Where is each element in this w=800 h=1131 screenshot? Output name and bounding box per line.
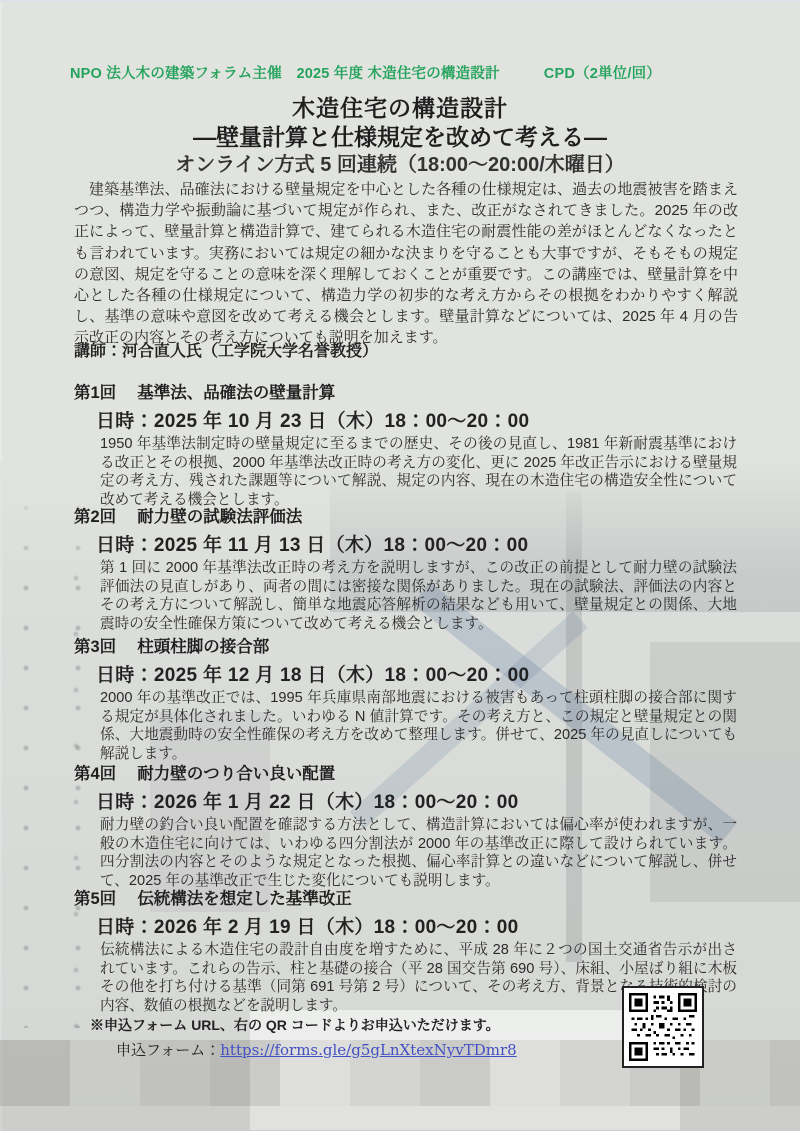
session-1-number: 第1回 bbox=[74, 384, 116, 402]
photo-floor-edge bbox=[0, 1106, 800, 1131]
session-2-description: 第 1 回に 2000 年基準法改正時の考え方を説明しますが、この改正の前提とし… bbox=[100, 559, 737, 633]
session-2-number: 第2回 bbox=[74, 508, 116, 526]
application-footer: ※申込フォーム URL、右の QR コードよりお申込いただけます。 申込フォーム… bbox=[90, 1015, 650, 1060]
session-4-description: 耐力壁の釣合い良い配置を確認する方法として、構造計算においては偏心率が使われます… bbox=[100, 816, 737, 890]
session-1-datetime: 日時：2025 年 10 月 23 日（木）18：00～20：00 bbox=[96, 406, 738, 433]
session-5-datetime: 日時：2026 年 2 月 19 日（木）18：00～20：00 bbox=[96, 912, 738, 939]
session-5-number: 第5回 bbox=[74, 890, 116, 908]
session-5-title: 伝統構法を想定した基準改正 bbox=[137, 890, 352, 908]
session-5-heading: 第5回 伝統構法を想定した基準改正 bbox=[74, 885, 738, 909]
application-form-line: 申込フォーム：https://forms.gle/g5gLnXtexNyvTDm… bbox=[116, 1039, 650, 1060]
lecturer-line: 講師：河合直人氏（工学院大学名誉教授） bbox=[74, 338, 378, 361]
flyer-page: NPO 法人木の建築フォラム主催 2025 年度 木造住宅の構造設計 CPD（2… bbox=[0, 0, 800, 1131]
session-2-heading: 第2回 耐力壁の試験法評価法 bbox=[74, 503, 738, 527]
session-4-heading: 第4回 耐力壁のつり合い良い配置 bbox=[74, 760, 738, 784]
session-2-title: 耐力壁の試験法評価法 bbox=[137, 508, 302, 526]
session-3-heading: 第3回 柱頭柱脚の接合部 bbox=[74, 633, 738, 657]
session-4-number: 第4回 bbox=[74, 765, 116, 783]
session-2-datetime: 日時：2025 年 11 月 13 日（木）18：00～20：00 bbox=[96, 530, 738, 557]
session-3-description: 2000 年の基準改正では、1995 年兵庫県南部地震における被害もあって柱頭柱… bbox=[100, 689, 737, 763]
session-4-datetime: 日時：2026 年 1 月 22 日（木）18：00～20：00 bbox=[96, 787, 738, 814]
application-note: ※申込フォーム URL、右の QR コードよりお申込いただけます。 bbox=[90, 1015, 650, 1035]
session-4-title: 耐力壁のつり合い良い配置 bbox=[137, 765, 335, 783]
session-3-number: 第3回 bbox=[74, 638, 116, 656]
session-1: 第1回 基準法、品確法の壁量計算 日時：2025 年 10 月 23 日（木）1… bbox=[74, 379, 738, 509]
session-3-datetime: 日時：2025 年 12 月 18 日（木）18：00～20：00 bbox=[96, 660, 738, 687]
intro-paragraph: 建築基準法、品確法における壁量規定を中心とした各種の仕様規定は、過去の地震被害を… bbox=[74, 179, 738, 349]
session-1-title: 基準法、品確法の壁量計算 bbox=[137, 384, 335, 402]
session-1-heading: 第1回 基準法、品確法の壁量計算 bbox=[74, 379, 738, 403]
session-3: 第3回 柱頭柱脚の接合部 日時：2025 年 12 月 18 日（木）18：00… bbox=[74, 633, 738, 763]
organizer-line: NPO 法人木の建築フォラム主催 2025 年度 木造住宅の構造設計 CPD（2… bbox=[70, 62, 738, 83]
session-4: 第4回 耐力壁のつり合い良い配置 日時：2026 年 1 月 22 日（木）18… bbox=[74, 760, 738, 890]
qr-code-icon bbox=[622, 986, 704, 1068]
application-form-link[interactable]: https://forms.gle/g5gLnXtexNyvTDmr8 bbox=[220, 1041, 516, 1059]
form-label: 申込フォーム： bbox=[116, 1041, 220, 1059]
session-2: 第2回 耐力壁の試験法評価法 日時：2025 年 11 月 13 日（木）18：… bbox=[74, 503, 738, 633]
format-line: オンライン方式 5 回連続（18:00～20:00/木曜日） bbox=[66, 148, 734, 177]
session-1-description: 1950 年基準法制定時の壁量規定に至るまでの歴史、その後の見直し、1981 年… bbox=[100, 435, 737, 509]
session-3-title: 柱頭柱脚の接合部 bbox=[137, 638, 269, 656]
